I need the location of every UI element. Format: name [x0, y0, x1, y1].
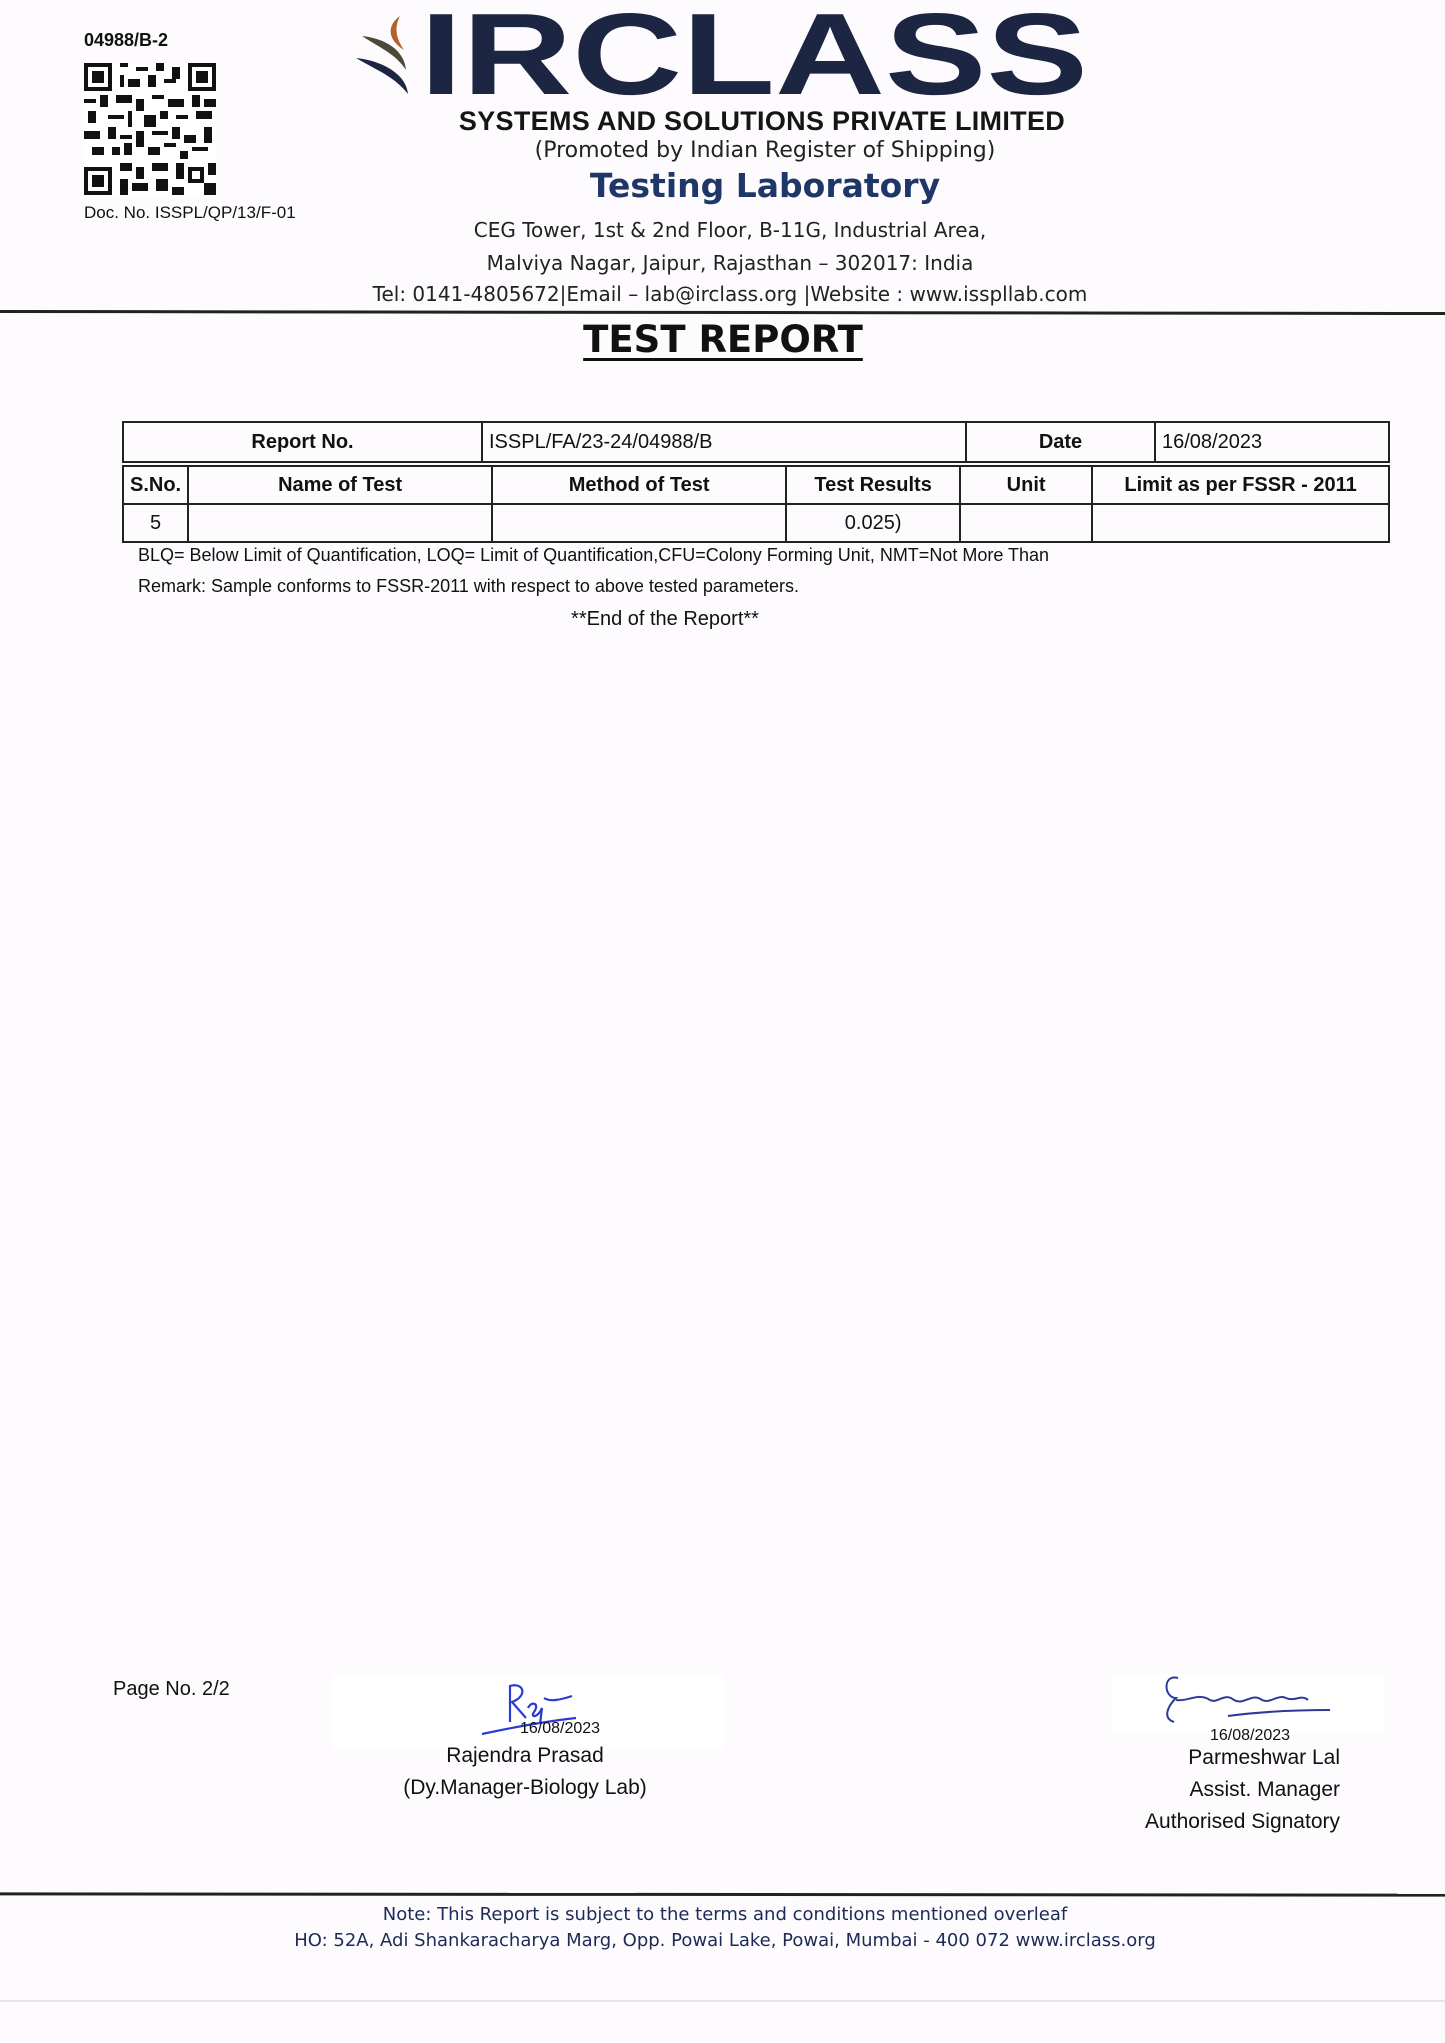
irclass-flame-logo-icon — [352, 14, 414, 96]
table-row: 5 0.025) — [123, 504, 1389, 542]
signatory-2-authority: Authorised Signatory — [1060, 1810, 1340, 1834]
abbreviation-legend: BLQ= Below Limit of Quantification, LOQ=… — [138, 545, 1049, 566]
qr-code-icon — [84, 63, 216, 195]
cell-method — [492, 504, 786, 542]
report-info-table: Report No. ISSPL/FA/23-24/04988/B Date 1… — [122, 421, 1390, 463]
footer-note: Note: This Report is subject to the term… — [250, 1904, 1200, 1925]
col-limit: Limit as per FSSR - 2011 — [1092, 466, 1389, 504]
cell-name — [188, 504, 492, 542]
address-line-1: CEG Tower, 1st & 2nd Floor, B-11G, Indus… — [330, 218, 1130, 242]
remark: Remark: Sample conforms to FSSR-2011 wit… — [138, 576, 799, 597]
cell-result: 0.025) — [786, 504, 960, 542]
cell-sno: 5 — [123, 504, 188, 542]
signatory-2-role: Assist. Manager — [1100, 1778, 1340, 1802]
contact-line: Tel: 0141-4805672|Email – lab@irclass.or… — [330, 282, 1130, 306]
company-name: SYSTEMS AND SOLUTIONS PRIVATE LIMITED — [432, 106, 1092, 137]
cell-unit — [960, 504, 1092, 542]
head-office-address: HO: 52A, Adi Shankaracharya Marg, Opp. P… — [250, 1930, 1200, 1951]
signatory-1-role: (Dy.Manager-Biology Lab) — [365, 1776, 685, 1800]
document-reference: 04988/B-2 — [84, 30, 168, 51]
page-edge — [0, 2000, 1445, 2002]
page-number: Page No. 2/2 — [113, 1678, 230, 1701]
report-no-value: ISSPL/FA/23-24/04988/B — [482, 422, 966, 462]
svg-text:IRCLASS: IRCLASS — [420, 8, 1088, 104]
end-of-report: **End of the Report** — [0, 608, 1330, 631]
results-table: S.No. Name of Test Method of Test Test R… — [122, 465, 1390, 543]
report-title: TEST REPORT — [580, 318, 866, 361]
col-sno: S.No. — [123, 466, 188, 504]
results-header-row: S.No. Name of Test Method of Test Test R… — [123, 466, 1389, 504]
date-value: 16/08/2023 — [1155, 422, 1389, 462]
report-no-label: Report No. — [123, 422, 482, 462]
col-method: Method of Test — [492, 466, 786, 504]
signatory-2-date: 16/08/2023 — [1210, 1727, 1290, 1745]
footer-divider — [0, 1892, 1445, 1896]
cell-limit — [1092, 504, 1389, 542]
date-label: Date — [966, 422, 1155, 462]
signatory-1-date: 16/08/2023 — [520, 1720, 600, 1738]
signature-parmeshwar-icon — [1158, 1672, 1334, 1730]
col-result: Test Results — [786, 466, 960, 504]
col-name: Name of Test — [188, 466, 492, 504]
address-line-2: Malviya Nagar, Jaipur, Rajasthan – 30201… — [330, 251, 1130, 275]
irclass-wordmark: IRCLASS — [420, 8, 1092, 104]
signatory-1-name: Rajendra Prasad — [385, 1744, 665, 1768]
header-divider — [0, 310, 1445, 315]
signatory-2-name: Parmeshwar Lal — [1100, 1746, 1340, 1770]
lab-name: Testing Laboratory — [430, 166, 1100, 205]
promoted-by: (Promoted by Indian Register of Shipping… — [430, 138, 1100, 163]
document-number: Doc. No. ISSPL/QP/13/F-01 — [84, 203, 296, 223]
col-unit: Unit — [960, 466, 1092, 504]
